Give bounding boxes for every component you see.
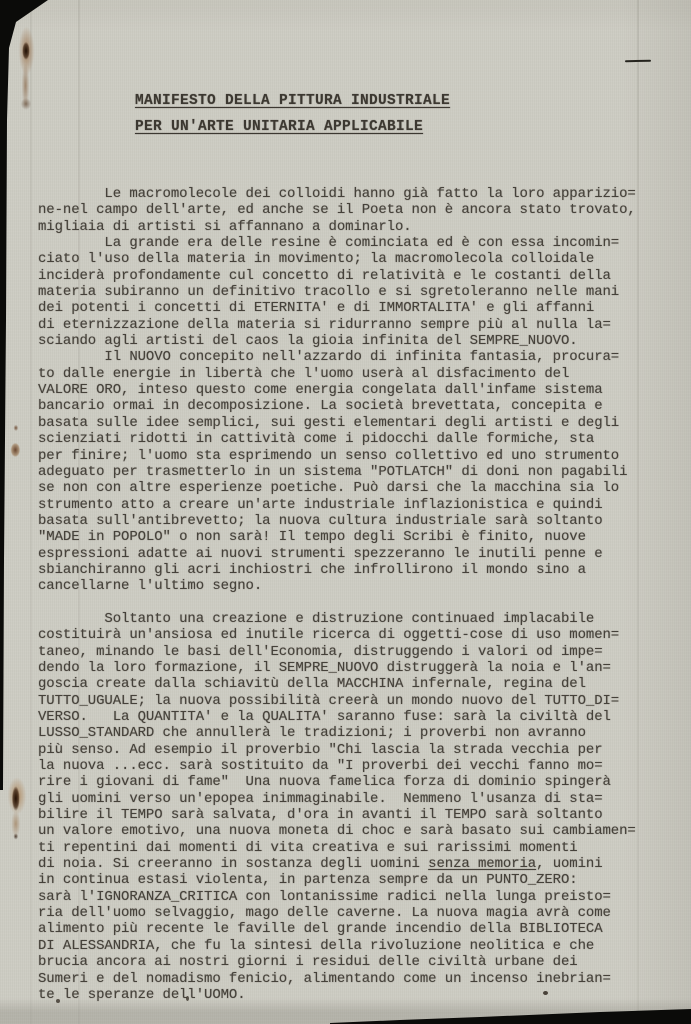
text-line: Soltanto una creazione e distruzione con… <box>38 611 683 627</box>
text-segment: , uomini <box>536 856 602 872</box>
text-line: ciato l'uso della materia in movimento; … <box>38 251 683 267</box>
text-line: goscia create dalla schiavitù della MACC… <box>38 676 683 692</box>
text-line: ria dell'uomo selvaggio, mago delle cave… <box>38 905 683 921</box>
text-line: bilire il TEMPO sarà salvata, d'ora in a… <box>38 807 683 823</box>
text-line: migliaia di artisti si affannano a domin… <box>38 219 683 235</box>
title-line-2: PER UN'ARTE UNITARIA APPLICABILE <box>135 114 683 140</box>
text-line: brucia ancora ai nostri giorni i residui… <box>38 954 683 970</box>
text-line: alimento più recente le faville del gran… <box>38 921 683 937</box>
text-line: basata sulle idee semplici, sui gesti el… <box>38 415 683 431</box>
text-line: scienziati ridotti in cattività come i p… <box>38 431 683 447</box>
text-line: sarà l'IGNORANZA_CRITICA con lontanissim… <box>38 889 683 905</box>
text-line: Le macromolecole dei colloidi hanno già … <box>38 186 683 202</box>
text-line: un valore emotivo, una nuova moneta di c… <box>38 823 683 839</box>
text-line: di noia. Si creeranno in sostanza degli … <box>38 856 683 872</box>
dirt-speck <box>186 996 189 1001</box>
text-segment: di noia. Si creeranno in sostanza degli … <box>38 856 428 872</box>
text-line: in continua estasi violenta, in partenza… <box>38 872 683 888</box>
text-line: adeguato per trasmetterlo in un sistema … <box>38 464 683 480</box>
text-line: sbianchiranno gli acri inchiostri che in… <box>38 562 683 578</box>
document-body: Le macromolecole dei colloidi hanno già … <box>38 186 683 1003</box>
paper-sheet: MANIFESTO DELLA PITTURA INDUSTRIALE PER … <box>0 0 691 1024</box>
text-line: rire i giovani di fame" Una nuova fameli… <box>38 774 683 790</box>
text-line: strumento atto a creare un'arte industri… <box>38 497 683 513</box>
text-line: taneo, minando le basi dell'Economia, di… <box>38 644 683 660</box>
fold-crease-left-inner <box>30 0 32 1024</box>
text-line: la nuova ...ecc. sarà sostituito da "I p… <box>38 758 683 774</box>
text-line: per finire; l'uomo sta esprimendo un sen… <box>38 448 683 464</box>
text-line: bancario ormai in decomposizione. La soc… <box>38 398 683 414</box>
text-line: "MADE in POPOLO" o non sarà! Il tempo de… <box>38 529 683 545</box>
text-line: costituirà un'ansiosa ed inutile ricerca… <box>38 627 683 643</box>
text-line: VERSO. La QUANTITA' e la QUALITA' sarann… <box>38 709 683 725</box>
text-line: inciderà profondamente cul concetto di r… <box>38 268 683 284</box>
text-line: DI ALESSANDRIA, che fu la sintesi della … <box>38 938 683 954</box>
text-line: gli uomini verso un'epopea inimmaginabil… <box>38 791 683 807</box>
text-line: Sumeri e del nomadismo fenicio, alimenta… <box>38 971 683 987</box>
scanned-typewritten-page: { "colors": { "paper": "#cdccc3", "ink":… <box>0 0 691 1024</box>
text-line: to dalle energie in libertà che l'uomo u… <box>38 366 683 382</box>
text-line: La grande era delle resine è cominciata … <box>38 235 683 251</box>
text-line: espressioni adatte ai nuovi strumenti sp… <box>38 546 683 562</box>
text-line: di eternizzazione della materia si ridur… <box>38 317 683 333</box>
text-line: te le speranze dell'UOMO. <box>38 987 683 1003</box>
text-line: più senso. Ad esempio il proverbio "Chi … <box>38 742 683 758</box>
rust-stain-left-small <box>6 420 24 464</box>
text-line <box>38 595 683 611</box>
document-title: MANIFESTO DELLA PITTURA INDUSTRIALE PER … <box>135 88 683 140</box>
text-line: LUSSO_STANDARD che annullerà le tradizio… <box>38 725 683 741</box>
text-line: Il NUOVO concepito nell'azzardo di infin… <box>38 349 683 365</box>
rust-stain-top-left <box>13 8 39 110</box>
text-line: sciando agli artisti del caos la gioia i… <box>38 333 683 349</box>
text-line: basata sull'antibrevetto; la nuova cultu… <box>38 513 683 529</box>
text-line: ti repentini dai momenti di vita creativ… <box>38 840 683 856</box>
dirt-speck <box>56 999 60 1003</box>
underlined-phrase: senza memoria <box>428 856 536 872</box>
text-line: se non con altre esperienze poetiche. Pu… <box>38 480 683 496</box>
text-line: ne-nel campo dell'arte, ed anche se il P… <box>38 202 683 218</box>
rust-stain-left-mid <box>2 772 32 842</box>
text-line: cancellarne l'ultimo segno. <box>38 578 683 594</box>
text-line: dendo la loro formazione, il SEMPRE_NUOV… <box>38 660 683 676</box>
text-line: VALORE ORO, inteso questo come energia c… <box>38 382 683 398</box>
dirt-speck <box>543 991 548 995</box>
title-line-1: MANIFESTO DELLA PITTURA INDUSTRIALE <box>135 88 450 114</box>
page-content: MANIFESTO DELLA PITTURA INDUSTRIALE PER … <box>38 0 683 1003</box>
text-line: dei potenti i concetti di ETERNITA' e di… <box>38 300 683 316</box>
text-line: materia subiranno un definitivo tracollo… <box>38 284 683 300</box>
text-line: TUTTO_UGUALE; la nuova possibilità creer… <box>38 693 683 709</box>
